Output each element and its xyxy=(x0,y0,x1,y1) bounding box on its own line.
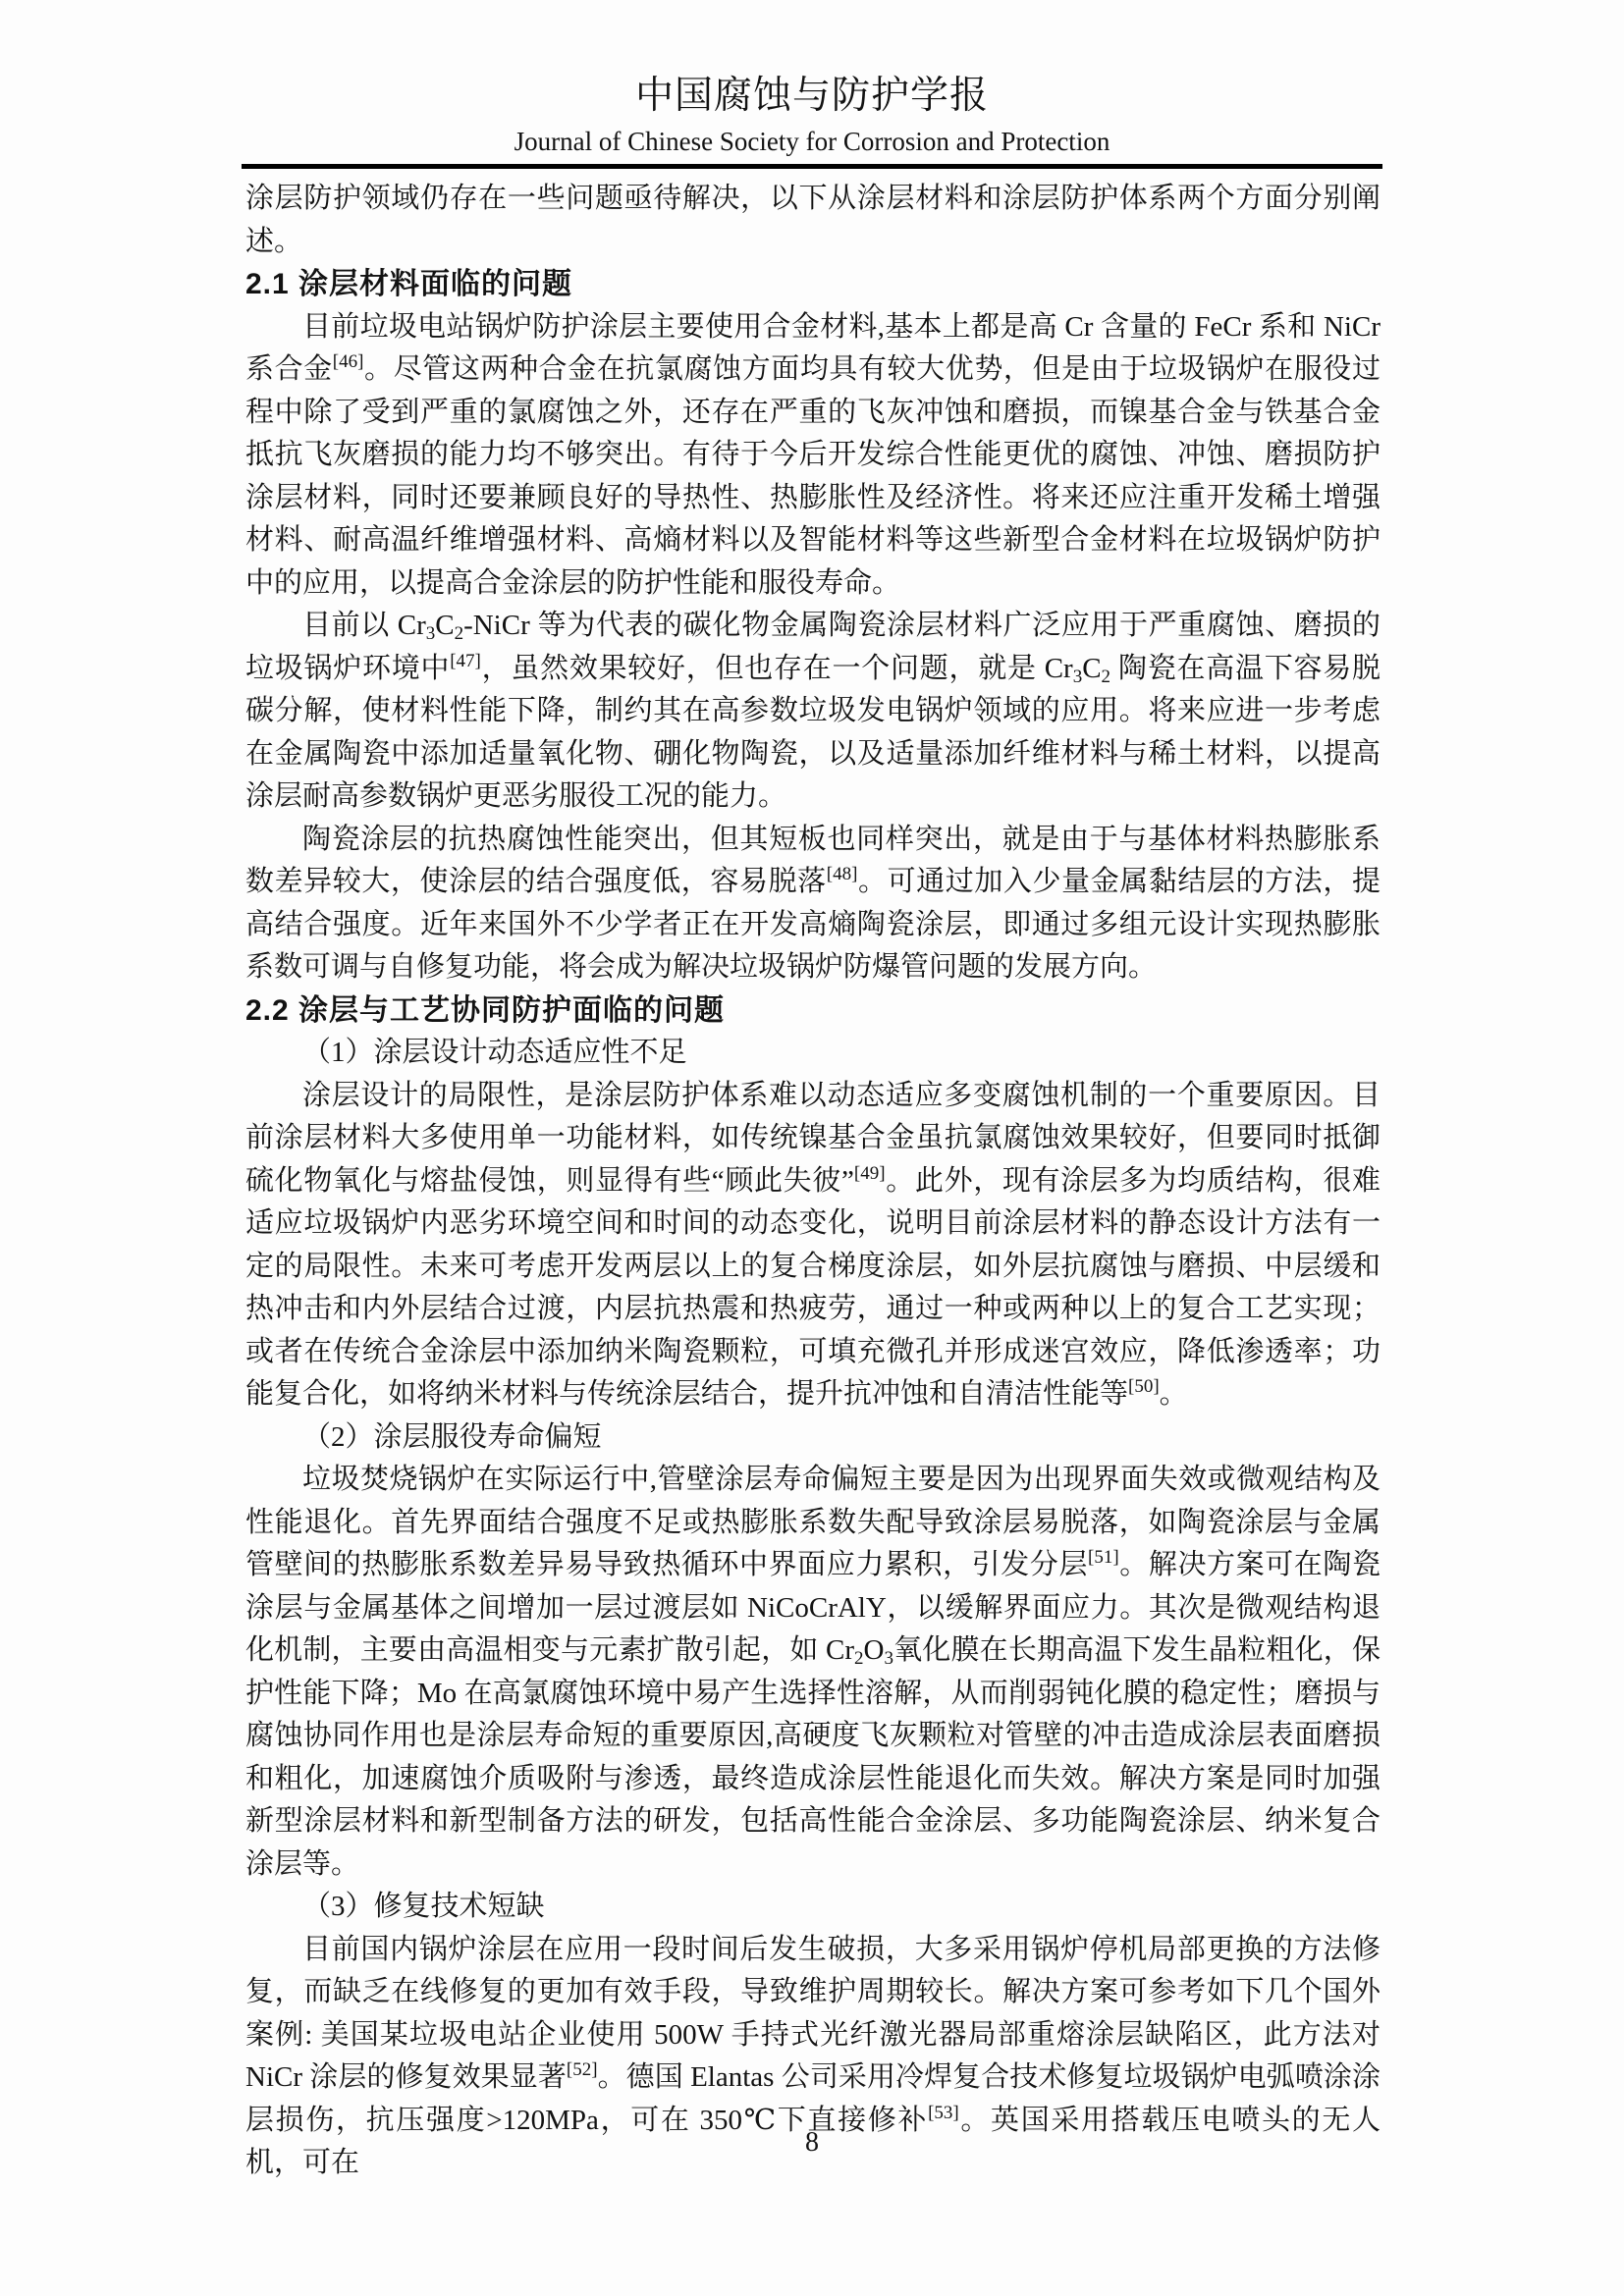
article-body: 涂层防护领域仍存在一些问题亟待解决，以下从涂层材料和涂层防护体系两个方面分别阐述… xyxy=(245,178,1380,2185)
text-run: 。此外，现有涂层多为均质结构，很难适应垃圾锅炉内恶劣环境空间和时间的动态变化，说… xyxy=(245,1165,1380,1411)
text-run: 目前以 Cr xyxy=(302,610,426,641)
section-heading: 2.1 涂层材料面临的问题 xyxy=(245,263,1380,306)
page-number: 8 xyxy=(0,2126,1624,2160)
text-run: C xyxy=(1082,653,1101,684)
paragraph: 涂层设计的局限性，是涂层防护体系难以动态适应多变腐蚀机制的一个重要原因。目前涂层… xyxy=(245,1075,1380,1416)
paragraph: 目前垃圾电站锅炉防护涂层主要使用合金材料,基本上都是高 Cr 含量的 FeCr … xyxy=(245,306,1380,606)
chemical-subscript: 2 xyxy=(455,623,464,644)
text-run: 氧化膜在长期高温下发生晶粒粗化，保护性能下降；Mo 在高氯腐蚀环境中易产生选择性… xyxy=(245,1634,1380,1880)
reference-marker: [50] xyxy=(1128,1376,1160,1397)
header-rule xyxy=(242,164,1382,169)
chemical-subscript: 3 xyxy=(426,623,436,644)
journal-header: 中国腐蚀与防护学报 Journal of Chinese Society for… xyxy=(244,73,1380,157)
journal-page: 中国腐蚀与防护学报 Journal of Chinese Society for… xyxy=(0,0,1624,2296)
journal-title-zh: 中国腐蚀与防护学报 xyxy=(244,73,1380,120)
reference-marker: [52] xyxy=(567,2059,598,2080)
chemical-subscript: 2 xyxy=(1102,667,1111,687)
text-run: 2.1 涂层材料面临的问题 xyxy=(245,268,572,300)
text-run: ，虽然效果较好，但也存在一个问题，就是 Cr xyxy=(481,653,1073,684)
reference-marker: [51] xyxy=(1088,1547,1119,1568)
text-run: 。 xyxy=(1160,1378,1188,1410)
reference-marker: [49] xyxy=(854,1163,886,1184)
text-run: C xyxy=(435,610,454,641)
text-run: 2.2 涂层与工艺协同防护面临的问题 xyxy=(245,994,725,1027)
paragraph: 陶瓷涂层的抗热腐蚀性能突出，但其短板也同样突出，就是由于与基体材料热膨胀系数差异… xyxy=(245,819,1380,989)
paragraph: （1）涂层设计动态适应性不足 xyxy=(245,1032,1380,1075)
paragraph: （3）修复技术短缺 xyxy=(245,1886,1380,1929)
text-run: O xyxy=(864,1634,885,1666)
section-heading: 2.2 涂层与工艺协同防护面临的问题 xyxy=(245,989,1380,1033)
chemical-subscript: 3 xyxy=(884,1648,893,1669)
text-run: 。尽管这两种合金在抗氯腐蚀方面均具有较大优势，但是由于垃圾锅炉在服役过程中除了受… xyxy=(245,353,1380,599)
reference-marker: [47] xyxy=(450,651,481,671)
chemical-subscript: 3 xyxy=(1073,667,1083,687)
reference-marker: [48] xyxy=(827,864,858,884)
text-run: （3）修复技术短缺 xyxy=(302,1891,545,1922)
reference-marker: [46] xyxy=(333,351,364,372)
text-run: （1）涂层设计动态适应性不足 xyxy=(302,1037,687,1068)
journal-title-en: Journal of Chinese Society for Corrosion… xyxy=(244,126,1380,157)
reference-marker: [53] xyxy=(928,2103,959,2123)
text-run: （2）涂层服役寿命偏短 xyxy=(302,1421,602,1453)
text-run: 涂层防护领域仍存在一些问题亟待解决，以下从涂层材料和涂层防护体系两个方面分别阐述… xyxy=(245,183,1380,257)
paragraph: （2）涂层服役寿命偏短 xyxy=(245,1416,1380,1460)
paragraph: 目前以 Cr3C2-NiCr 等为代表的碳化物金属陶瓷涂层材料广泛应用于严重腐蚀… xyxy=(245,605,1380,819)
paragraph: 垃圾焚烧锅炉在实际运行中,管壁涂层寿命偏短主要是因为出现界面失效或微观结构及性能… xyxy=(245,1459,1380,1886)
chemical-subscript: 2 xyxy=(854,1648,864,1669)
paragraph: 涂层防护领域仍存在一些问题亟待解决，以下从涂层材料和涂层防护体系两个方面分别阐述… xyxy=(245,178,1380,263)
